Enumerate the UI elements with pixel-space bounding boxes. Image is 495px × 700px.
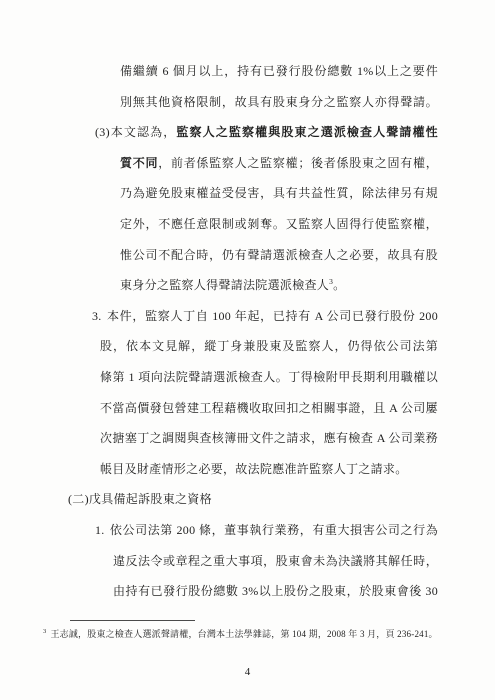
emphasized-text: 監察人之監察權與股東之選派檢查人聲請權性 — [176, 125, 438, 139]
body-line: 乃為避免股東權益受侵害，具有共益性質，除法律另有規 — [0, 178, 495, 209]
body-line-text: 不當高價發包營建工程藉機收取回扣之相關事證，且 A 公司屢 — [100, 401, 438, 415]
body-line: 帳目及財產情形之必要，故法院應准許監察人丁之請求。 — [0, 454, 495, 485]
body-line-text: 本件，監察人丁自 100 年起，已持有 A 公司已發行股份 200 萬 — [92, 309, 438, 332]
body-line-text: 違反法令或章程之重大事項，股東會未為決議將其解任時，得 — [113, 554, 438, 577]
section-heading-2: (二)戊具備起訴股東之資格 — [0, 484, 495, 515]
body-line-text: 帳目及財產情形之必要，故法院應准許監察人丁之請求。 — [100, 462, 408, 476]
body-line: 條第 1 項向法院聲請選派檢查人。丁得檢附甲長期利用職權以 — [0, 362, 495, 393]
body-line: 別無其他資格限制，故具有股東身分之監察人亦得聲請。 — [0, 87, 495, 118]
body-line-text: 惟公司不配合時，仍有聲請選派檢查人之必要，故具有股 — [120, 248, 438, 262]
body-line-text: 由持有已發行股份總數 3%以上股份之股東，於股東會後 30 日 — [113, 584, 438, 607]
body-line-text: 乃為避免股東權益受侵害，具有共益性質，除法律另有規 — [120, 186, 438, 200]
body-line-text: 東身分之監察人得聲請法院選派檢查人 — [120, 278, 329, 292]
body-line-text: 股，依本文見解，縱丁身兼股東及監察人，仍得依公司法第 245 — [100, 339, 438, 362]
body-line: 違反法令或章程之重大事項，股東會未為決議將其解任時，得 — [0, 546, 495, 577]
body-line-text: ，前者係監察人之監察權；後者係股東之固有權， — [158, 156, 438, 170]
body-line-text: 定外，不應任意限制或剝奪。又監察人固得行使監察權， — [120, 217, 438, 231]
body-line: 東身分之監察人得聲請法院選派檢查人3。 — [0, 270, 495, 301]
footnote-separator — [70, 620, 195, 621]
emphasized-text: 質不同 — [120, 156, 158, 170]
list-item-3-paren: (3)本文認為，監察人之監察權與股東之選派檢查人聲請權性 — [0, 117, 495, 148]
section-marker: (二) — [68, 492, 89, 506]
list-item-1: 1.依公司法第 200 條，董事執行業務，有重大損害公司之行為或 — [0, 515, 495, 546]
section-heading-text: 戊具備起訴股東之資格 — [89, 492, 212, 506]
list-marker: 3. — [92, 309, 102, 323]
body-line: 股，依本文見解，縱丁身兼股東及監察人，仍得依公司法第 245 — [0, 331, 495, 362]
footnote-marker: 3 — [43, 628, 46, 635]
body-line: 質不同，前者係監察人之監察權；後者係股東之固有權， — [0, 148, 495, 179]
body-line: 次搪塞丁之調閱與查核簿冊文件之請求，應有檢查 A 公司業務 — [0, 423, 495, 454]
body-line-text: 條第 1 項向法院聲請選派檢查人。丁得檢附甲長期利用職權以 — [100, 370, 438, 384]
list-marker: (3) — [95, 125, 110, 139]
body-line-text: 本文認為， — [110, 125, 176, 139]
document-page: 備繼續 6 個月以上，持有已發行股份總數 1%以上之要件外， 別無其他資格限制，… — [0, 0, 495, 700]
body-line-text: 次搪塞丁之調閱與查核簿冊文件之請求，應有檢查 A 公司業務 — [100, 431, 438, 445]
body-line: 由持有已發行股份總數 3%以上股份之股東，於股東會後 30 日 — [0, 576, 495, 607]
body-line-text: 備繼續 6 個月以上，持有已發行股份總數 1%以上之要件外， — [120, 64, 438, 87]
body-line-text: 別無其他資格限制，故具有股東身分之監察人亦得聲請。 — [120, 95, 438, 109]
body-line: 定外，不應任意限制或剝奪。又監察人固得行使監察權， — [0, 209, 495, 240]
list-marker: 1. — [95, 523, 105, 537]
body-line-text: 。 — [333, 278, 345, 292]
document-body: 備繼續 6 個月以上，持有已發行股份總數 1%以上之要件外， 別無其他資格限制，… — [0, 56, 495, 607]
footnote-text: 王志誠，股東之檢查人選派聲請權，台灣本土法學雜誌，第 104 期，2008 年 … — [50, 629, 437, 639]
body-line: 不當高價發包營建工程藉機收取回扣之相關事證，且 A 公司屢 — [0, 393, 495, 424]
body-line-text: 依公司法第 200 條，董事執行業務，有重大損害公司之行為或 — [95, 523, 438, 546]
body-line: 惟公司不配合時，仍有聲請選派檢查人之必要，故具有股 — [0, 240, 495, 271]
body-line: 備繼續 6 個月以上，持有已發行股份總數 1%以上之要件外， — [0, 56, 495, 87]
page-number: 4 — [0, 664, 495, 680]
list-item-3: 3.本件，監察人丁自 100 年起，已持有 A 公司已發行股份 200 萬 — [0, 301, 495, 332]
footnote: 3王志誠，股東之檢查人選派聲請權，台灣本土法學雜誌，第 104 期，2008 年… — [43, 627, 448, 641]
